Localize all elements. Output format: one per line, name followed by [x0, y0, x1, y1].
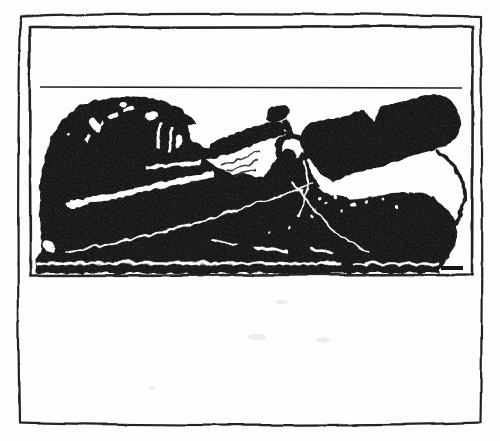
band-end-dash [441, 266, 463, 270]
halftone-photo [34, 92, 463, 274]
halftone-grain [34, 92, 462, 274]
scanned-card [0, 0, 500, 441]
figure-illustration [0, 0, 500, 441]
top-rule [40, 87, 462, 88]
